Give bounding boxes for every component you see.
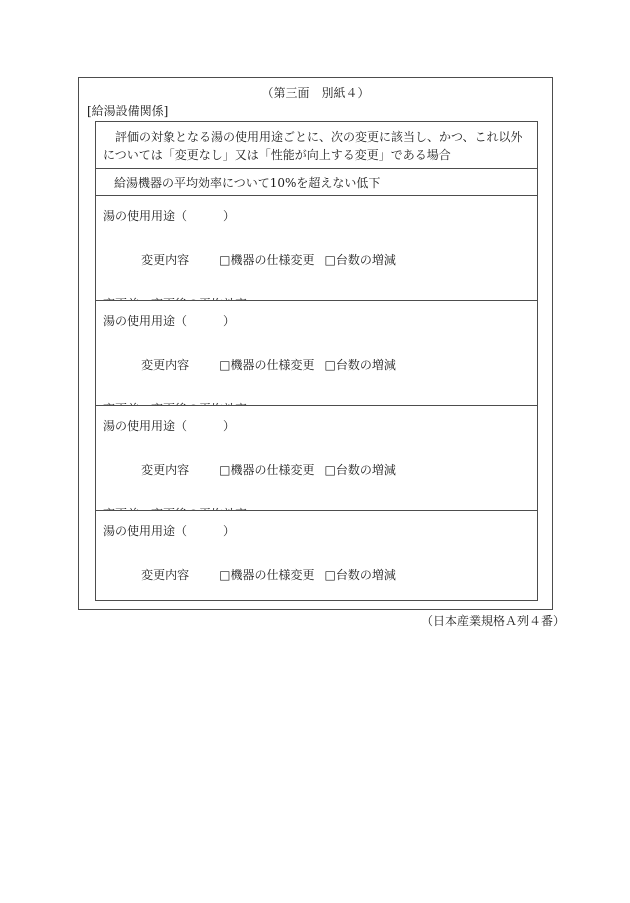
checkbox-spec-change: □機器の仕様変更	[219, 568, 314, 582]
checkbox-icon: □	[325, 253, 336, 267]
checkbox-icon: □	[219, 568, 230, 582]
checkbox-icon: □	[219, 253, 230, 267]
change-line: 変更内容□機器の仕様変更□台数の増減	[103, 227, 530, 293]
checkbox-count-change: □台数の増減	[325, 568, 396, 582]
usage-block-2: 湯の使用用途（ ） 変更内容□機器の仕様変更□台数の増減 変更前・変更後の平均効…	[96, 300, 537, 405]
usage-line: 湯の使用用途（ ）	[103, 520, 530, 542]
checkbox-count-label: 台数の増減	[336, 568, 396, 582]
checkbox-spec-change: □機器の仕様変更	[219, 358, 314, 372]
efficiency-heading: 変更前・変更後の平均効率	[103, 398, 530, 405]
checkbox-icon: □	[325, 358, 336, 372]
usage-block-1: 湯の使用用途（ ） 変更内容□機器の仕様変更□台数の増減 変更前・変更後の平均効…	[96, 195, 537, 300]
usage-block-3: 湯の使用用途（ ） 変更内容□機器の仕様変更□台数の増減 変更前・変更後の平均効…	[96, 405, 537, 510]
checkbox-count-label: 台数の増減	[336, 463, 396, 477]
checkbox-icon: □	[219, 463, 230, 477]
change-content-label: 変更内容	[141, 463, 189, 477]
change-content-label: 変更内容	[141, 358, 189, 372]
paper-size-note: （日本産業規格Ａ列４番）	[78, 612, 565, 629]
change-content-label: 変更内容	[141, 568, 189, 582]
checkbox-icon: □	[325, 463, 336, 477]
checkbox-spec-label: 機器の仕様変更	[231, 568, 315, 582]
checkbox-spec-change: □機器の仕様変更	[219, 253, 314, 267]
efficiency-heading: 変更前・変更後の平均効率	[103, 293, 530, 300]
checkbox-spec-label: 機器の仕様変更	[231, 253, 315, 267]
usage-line: 湯の使用用途（ ）	[103, 310, 530, 332]
usage-block-4: 湯の使用用途（ ） 変更内容□機器の仕様変更□台数の増減 変更前・変更後の平均効…	[96, 510, 537, 600]
checkbox-icon: □	[325, 568, 336, 582]
checkbox-icon: □	[219, 358, 230, 372]
condition-row: 評価の対象となる湯の使用用途ごとに、次の変更に該当し、かつ、これ以外については「…	[96, 122, 537, 168]
change-content-label: 変更内容	[141, 253, 189, 267]
change-line: 変更内容□機器の仕様変更□台数の増減	[103, 332, 530, 398]
checkbox-count-label: 台数の増減	[336, 253, 396, 267]
page-header: （第三面 別紙４）	[79, 84, 552, 101]
checkbox-spec-label: 機器の仕様変更	[231, 463, 315, 477]
form-outer-box: （第三面 別紙４） [給湯設備関係] 評価の対象となる湯の使用用途ごとに、次の変…	[78, 77, 553, 610]
checkbox-count-change: □台数の増減	[325, 463, 396, 477]
efficiency-heading: 変更前・変更後の平均効率	[103, 503, 530, 510]
condition-text: 評価の対象となる湯の使用用途ごとに、次の変更に該当し、かつ、これ以外については「…	[103, 130, 523, 162]
form-table: 評価の対象となる湯の使用用途ごとに、次の変更に該当し、かつ、これ以外については「…	[95, 121, 538, 601]
criterion-row: 給湯機器の平均効率について10%を超えない低下	[96, 168, 537, 195]
document-page: （第三面 別紙４） [給湯設備関係] 評価の対象となる湯の使用用途ごとに、次の変…	[0, 0, 630, 903]
change-line: 変更内容□機器の仕様変更□台数の増減	[103, 437, 530, 503]
checkbox-count-change: □台数の増減	[325, 253, 396, 267]
checkbox-spec-label: 機器の仕様変更	[231, 358, 315, 372]
change-line: 変更内容□機器の仕様変更□台数の増減	[103, 542, 530, 600]
section-label: [給湯設備関係]	[87, 102, 168, 119]
checkbox-count-change: □台数の増減	[325, 358, 396, 372]
checkbox-spec-change: □機器の仕様変更	[219, 463, 314, 477]
usage-line: 湯の使用用途（ ）	[103, 205, 530, 227]
usage-line: 湯の使用用途（ ）	[103, 415, 530, 437]
criterion-text: 給湯機器の平均効率について10%を超えない低下	[114, 176, 380, 190]
checkbox-count-label: 台数の増減	[336, 358, 396, 372]
